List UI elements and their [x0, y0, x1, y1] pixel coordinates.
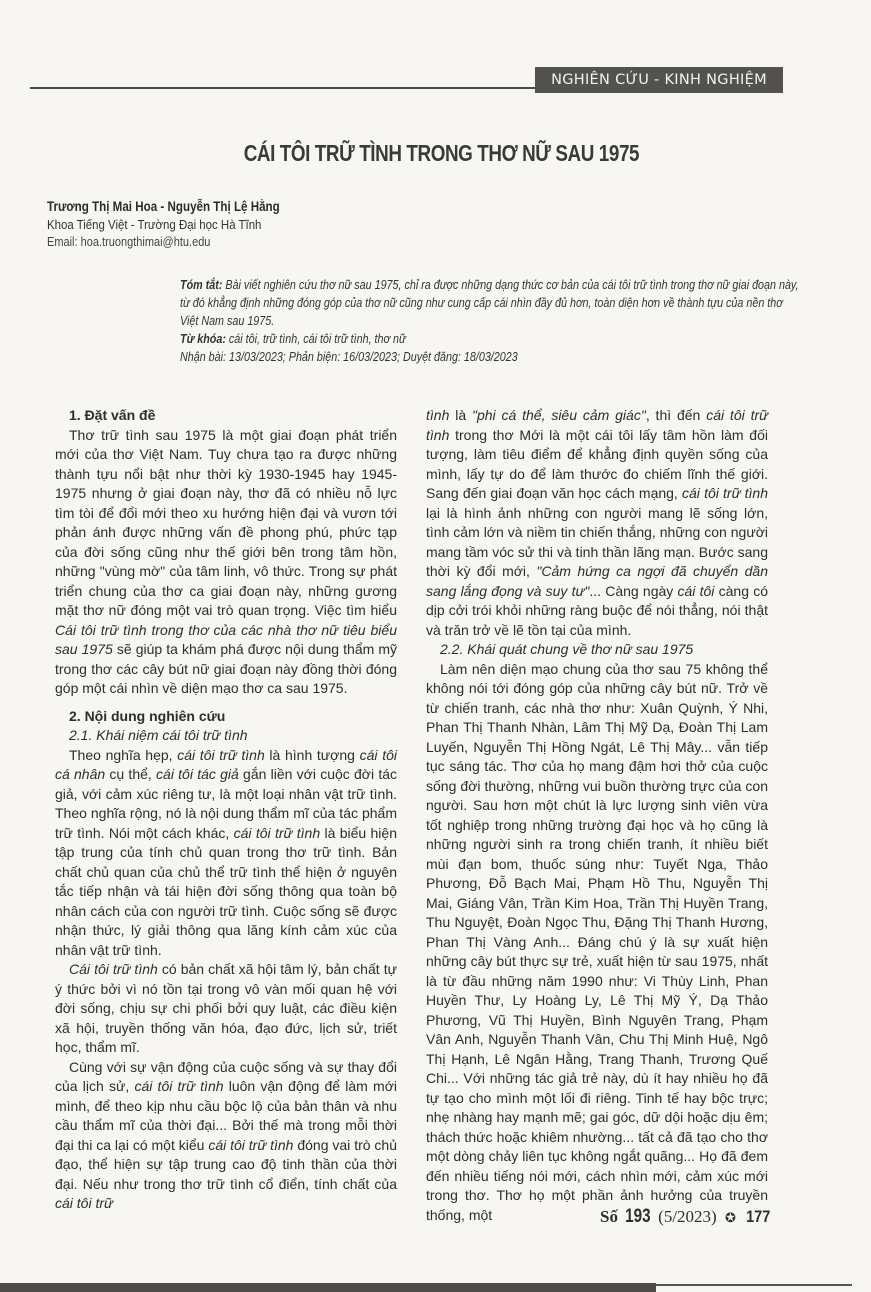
article-authors: Trương Thị Mai Hoa - Nguyễn Thị Lệ Hằng [47, 199, 280, 214]
paragraph: Làm nên diện mạo chung của thơ sau 75 kh… [426, 660, 768, 1226]
bottom-band [0, 1283, 656, 1292]
paragraph: Theo nghĩa hẹp, cái tôi trữ tình là hình… [55, 746, 397, 961]
abstract-block: Tóm tắt: Bài viết nghiên cứu thơ nữ sau … [180, 276, 799, 366]
right-column: tình là "phi cá thể, siêu cảm giác", thì… [426, 406, 768, 1225]
bottom-rule [656, 1284, 852, 1286]
author-affiliation: Khoa Tiếng Việt - Trường Đại học Hà Tĩnh [47, 217, 261, 232]
paragraph: tình là "phi cá thể, siêu cảm giác", thì… [426, 406, 768, 640]
issue-number: 193 [625, 1206, 650, 1228]
page-number: 177 [746, 1207, 770, 1227]
section-heading-2: 2. Nội dung nghiên cứu [55, 707, 397, 727]
page-footer: Số 193 (5/2023) ✪ 177 [600, 1206, 773, 1228]
paragraph: Cái tôi trữ tình có bản chất xã hội tâm … [55, 960, 397, 1058]
section-header-band: NGHIÊN CỨU - KINH NGHIỆM [535, 67, 783, 93]
keywords: Từ khóa: cái tôi, trữ tình, cái tôi trữ … [180, 330, 799, 348]
abstract-text: Tóm tắt: Bài viết nghiên cứu thơ nữ sau … [180, 276, 799, 330]
article-title: CÁI TÔI TRỮ TÌNH TRONG THƠ NỮ SAU 1975 [244, 140, 597, 167]
keywords-label: Từ khóa: [180, 332, 226, 346]
author-email: Email: hoa.truongthimai@htu.edu [47, 235, 210, 249]
subsection-heading-2-1: 2.1. Khái niệm cái tôi trữ tình [55, 726, 397, 746]
paragraph: Cùng với sự vận động của cuộc sống và sự… [55, 1058, 397, 1214]
section-label: NGHIÊN CỨU - KINH NGHIỆM [551, 72, 767, 88]
section-heading-1: 1. Đặt vấn đề [55, 406, 397, 426]
paragraph: Thơ trữ tình sau 1975 là một giai đoạn p… [55, 426, 397, 699]
subsection-heading-2-2: 2.2. Khái quát chung về thơ nữ sau 1975 [426, 640, 768, 660]
star-separator-icon: ✪ [725, 1210, 736, 1225]
issue-date: (5/2023) [658, 1207, 717, 1226]
left-column: 1. Đặt vấn đề Thơ trữ tình sau 1975 là m… [55, 406, 397, 1214]
article-dates: Nhận bài: 13/03/2023; Phản biện: 16/03/2… [180, 348, 799, 366]
issue-prefix: Số [600, 1207, 618, 1226]
header-rule [30, 87, 536, 89]
abstract-label: Tóm tắt: [180, 278, 222, 292]
